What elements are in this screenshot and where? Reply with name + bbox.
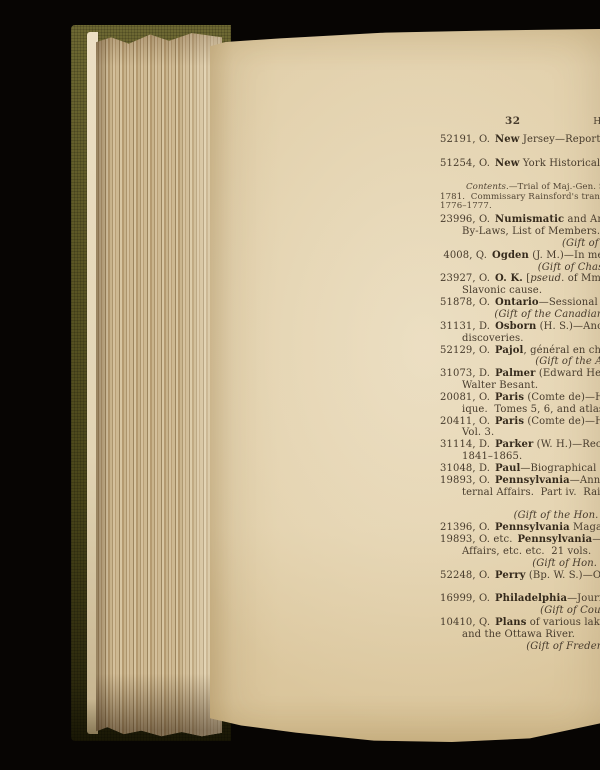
- catalog-line: 4008, Q.Ogden (J. M.)—In memoriam.[Phil.…: [440, 250, 600, 262]
- text-segment: Pennsylvania: [495, 475, 570, 486]
- text-segment: Jersey—Reports of the Bureau of Statisti…: [520, 134, 600, 145]
- catalog-line: 31131, D.Osborn (H. S.)—Ancient Egypt in…: [440, 321, 600, 333]
- text-segment: pseud.: [530, 273, 564, 284]
- catalog-line: 1841–1865.New York, 1883: [440, 451, 600, 463]
- catalog-line: (Gift of Frederick Prime, Jr., Esq.): [440, 641, 600, 653]
- entry-number: 20081, O.: [440, 392, 490, 404]
- text-segment: York Historical Society's Collections fo…: [520, 158, 600, 169]
- entry-text: Vol. 3.: [440, 427, 494, 438]
- entry-number: 31048, D.: [440, 463, 490, 475]
- text-segment: Pajol: [495, 345, 523, 356]
- text-segment: Pennsylvania: [495, 522, 570, 533]
- catalog-line: 31114, D.Parker (W. H.)—Recollections of…: [440, 439, 600, 451]
- text-segment: (H. S.)—Ancient Egypt in the light of mo…: [536, 321, 600, 332]
- catalog-line: (Gift of the Canadian Government.)R. Tor…: [440, 309, 600, 321]
- text-segment: Pennsylvania: [518, 534, 593, 545]
- text-segment: Magazine. Vol. 6.: [570, 522, 600, 533]
- entry-text: Walter Besant.: [440, 380, 538, 391]
- catalog-line: 52248, O.Perry (Bp. W. S.)—Ober-Ammergau…: [440, 570, 600, 582]
- entry-text: Paris (Comte de)—Histoire de la guerre c…: [495, 392, 600, 403]
- entry-number: 19893, O. etc.: [440, 534, 513, 546]
- catalog-line: 19893, O.Pennsylvania—Annual Report of t…: [440, 475, 600, 487]
- catalog-line: R. Privately printed, 1881: [440, 581, 600, 593]
- catalog-line: R. Trenton, 1878-'82: [440, 146, 600, 158]
- catalog-line: 21396, O.Pennsylvania Magazine. Vol. 6.P…: [440, 522, 600, 534]
- entry-number: 31073, D.: [440, 368, 490, 380]
- catalog-line: Walter Besant.London, 1883: [440, 380, 600, 392]
- entry-text: Pajol, général en chef. 3 vols. and a fo…: [495, 345, 600, 356]
- catalog-line: 23996, O.Numismatic and Antiquarian Soci…: [440, 214, 600, 226]
- entry-text: Ontario—Sessional papers. 14 vols.: [495, 297, 600, 308]
- text-segment: (W. H.)—Recollections of a naval officer…: [533, 439, 600, 450]
- catalog-line: 10410, Q.Plans of various lakes and rive…: [440, 617, 600, 629]
- gift-note: (Gift of Frederick Prime, Jr., Esq.): [526, 641, 600, 653]
- text-segment: and Antiquarian Society. Constitution an…: [564, 214, 600, 225]
- text-segment: (Bp. W. S.)—Ober-Ammergau in 1875 and 18…: [526, 570, 600, 581]
- text-segment: Parker: [495, 439, 533, 450]
- entry-number: 31114, D.: [440, 439, 490, 451]
- text-segment: 1841–1865.: [462, 451, 522, 462]
- entry-number: 19893, O.: [440, 475, 490, 487]
- text-segment: of Mme. de Novikoff] Skobeleff and the: [564, 273, 600, 284]
- gift-note: (Gift of the Author.): [535, 356, 600, 368]
- entry-number: 52248, O.: [440, 570, 490, 582]
- text-segment: —Sessional papers. 14 vols.: [539, 297, 600, 308]
- catalog-line: 52191, O.New Jersey—Reports of the Burea…: [440, 134, 600, 146]
- catalog-text-column: 32 HISTORY. 52191, O.New Jersey—Reports …: [440, 115, 600, 652]
- text-segment: (Comte de)—History of the Civil War in A…: [524, 416, 600, 427]
- text-segment: Gift of the Hon. John Simpson Africa.: [518, 510, 600, 521]
- text-segment: New: [495, 158, 519, 169]
- text-segment: New: [495, 134, 519, 145]
- text-segment: ique. Tomes 5, 6, and atlas.: [462, 404, 600, 415]
- text-segment: O. K.: [495, 273, 523, 284]
- catalog-line: 23927, O.O. K. [pseud. of Mme. de Noviko…: [440, 273, 600, 285]
- gift-note: (Gift of Councils.): [540, 605, 600, 617]
- text-segment: —Annual Report of the Secretary of In-: [570, 475, 600, 486]
- text-segment: of various lakes and rivers between Lake…: [526, 617, 600, 628]
- text-segment: Gift of the Society.: [566, 238, 600, 249]
- entry-text: By-Laws, List of Members. Proceedings fo…: [440, 226, 600, 237]
- entry-text: New York Historical Society's Collection…: [495, 158, 600, 169]
- text-segment: —Biographical Sketches.: [520, 463, 600, 474]
- catalog-line: (Gift of the Hon. John Simpson Africa.): [440, 510, 600, 522]
- entry-text: Parker (W. H.)—Recollections of a naval …: [495, 439, 600, 450]
- entry-text: Palmer (Edward Henry)—Life and achieveme…: [495, 368, 600, 379]
- entry-text: Paris (Comte de)—History of the Civil Wa…: [495, 416, 600, 427]
- entry-number: 4008, Q.: [440, 250, 487, 262]
- text-segment: Palmer: [495, 368, 535, 379]
- entry-text: 1776–1777.: [440, 201, 492, 211]
- entry-number: 16999, O.: [440, 593, 490, 605]
- text-segment: , général en chef. 3 vols. and a folio v…: [523, 345, 600, 356]
- text-segment: Paris: [495, 416, 524, 427]
- entry-text: Osborn (H. S.)—Ancient Egypt in the ligh…: [495, 321, 600, 332]
- text-segment: Paul: [495, 463, 520, 474]
- page-title: HISTORY.: [593, 116, 600, 127]
- text-segment: Slavonic cause.: [462, 285, 542, 296]
- book-photo: 32 HISTORY. 52191, O.New Jersey—Reports …: [0, 0, 600, 770]
- catalog-line: Affairs, etc. etc. 21 vols.Harrisburg, 1…: [440, 546, 600, 558]
- catalog-line: By-Laws, List of Members. Proceedings fo…: [440, 226, 600, 238]
- entry-text: Perry (Bp. W. S.)—Ober-Ammergau in 1875 …: [495, 570, 600, 581]
- entry-text: discoveries.: [440, 333, 524, 344]
- text-segment: Vol. 3.: [462, 427, 494, 438]
- text-segment: Affairs, etc. etc. 21 vols.: [462, 546, 591, 557]
- text-segment: Philadelphia: [495, 593, 567, 604]
- catalog-line: 19893, O. etc.Pennsylvania—Reports of th…: [440, 534, 600, 546]
- text-segment: Plans: [495, 617, 526, 628]
- catalog-line: (Gift of Hon. Robert Adams, Jr.): [440, 558, 600, 570]
- entry-text: Numismatic and Antiquarian Society. Cons…: [495, 214, 600, 225]
- text-segment: discoveries.: [462, 333, 524, 344]
- entry-text: Ogden (J. M.)—In memoriam.: [492, 250, 600, 261]
- gift-note: (Gift of the Society.): [562, 238, 600, 250]
- entry-number: 51254, O.: [440, 158, 490, 170]
- text-segment: (J. M.)—In memoriam.: [529, 250, 600, 261]
- gift-note: (Gift of the Canadian Government.): [494, 309, 600, 321]
- entry-text: and the Ottawa River.: [440, 629, 575, 640]
- page-edges: [96, 31, 222, 737]
- catalog-line: 20081, O.Paris (Comte de)—Histoire de la…: [440, 392, 600, 404]
- catalog-line: 31073, D.Palmer (Edward Henry)—Life and …: [440, 368, 600, 380]
- text-segment: Gift of Chas. S. Ogden, Esq.: [542, 262, 600, 273]
- gift-note: (Gift of Chas. S. Ogden, Esq.): [538, 262, 600, 274]
- text-segment: (Edward Henry)—Life and achievements, by: [536, 368, 600, 379]
- entry-text: ique. Tomes 5, 6, and atlas.: [440, 404, 600, 415]
- entry-number: 20411, O.: [440, 416, 490, 428]
- entry-text: Plans of various lakes and rivers betwee…: [495, 617, 600, 628]
- entry-text: Pennsylvania—Reports of the Secretary of…: [518, 534, 600, 545]
- text-segment: By-Laws, List of Members. Proceedings fo…: [462, 226, 600, 237]
- text-segment: 1776–1777.: [440, 201, 492, 211]
- catalog-line: 31048, D.Paul—Biographical Sketches.Lond…: [440, 463, 600, 475]
- text-segment: Gift of Frederick Prime, Jr., Esq.: [530, 641, 600, 652]
- text-segment: Walter Besant.: [462, 380, 538, 391]
- entry-text: ternal Affairs. Part iv. Railroads, cana…: [440, 487, 600, 498]
- entry-number: 21396, O.: [440, 522, 490, 534]
- text-segment: Gift of the Author.: [539, 356, 600, 367]
- entry-text: Pennsylvania—Annual Report of the Secret…: [495, 475, 600, 486]
- text-segment: Numismatic: [495, 214, 564, 225]
- catalog-line: Harrisburg, 1883: [440, 499, 600, 511]
- catalog-line: 16999, O.Philadelphia—Journal of Common …: [440, 593, 600, 605]
- catalog-line: discoveries.Cin. 1883: [440, 333, 600, 345]
- catalog-line: (Gift of the Author.)R. Paris, 1874: [440, 356, 600, 368]
- entry-number: 52129, O.: [440, 345, 490, 357]
- entry-text: 1841–1865.: [440, 451, 522, 462]
- entry-text: Paul—Biographical Sketches.: [495, 463, 600, 474]
- entry-text: Philadelphia—Journal of Common Council, …: [495, 593, 600, 604]
- running-header: 32 HISTORY.: [440, 115, 600, 128]
- text-segment: —Reports of the Secretary of Internal: [592, 534, 600, 545]
- text-segment: Osborn: [495, 321, 536, 332]
- catalog-line: (Gift of the Society.): [440, 238, 600, 250]
- text-segment: Ogden: [492, 250, 529, 261]
- text-segment: Ontario: [495, 297, 539, 308]
- entry-number: 51878, O.: [440, 297, 490, 309]
- entry-number: 31131, D.: [440, 321, 490, 333]
- entry-number: 23927, O.: [440, 273, 490, 285]
- entry-text: New Jersey—Reports of the Bureau of Stat…: [495, 134, 600, 145]
- entry-text: Affairs, etc. etc. 21 vols.: [440, 546, 591, 557]
- catalog-line: 20411, O.Paris (Comte de)—History of the…: [440, 416, 600, 428]
- catalog-line: and the Ottawa River.R. Toronto, 1857: [440, 629, 600, 641]
- entry-text: Slavonic cause.: [440, 285, 542, 296]
- catalog-line: 1776–1777.: [440, 202, 600, 211]
- text-segment: (Comte de)—Histoire de la guerre civile …: [524, 392, 600, 403]
- catalog-line: 51254, O.New York Historical Society's C…: [440, 158, 600, 170]
- text-segment: Perry: [495, 570, 526, 581]
- text-segment: —Journal of Common Council, vol. 2.: [567, 593, 600, 604]
- entry-number: 10410, Q.: [440, 617, 490, 629]
- catalog-line: ternal Affairs. Part iv. Railroads, cana…: [440, 487, 600, 499]
- entry-text: O. K. [pseud. of Mme. de Novikoff] Skobe…: [495, 273, 600, 284]
- catalog-line: 52129, O.Pajol, général en chef. 3 vols.…: [440, 345, 600, 357]
- catalog-line: 51878, O.Ontario—Sessional papers. 14 vo…: [440, 297, 600, 309]
- text-segment: Gift of Councils.: [544, 605, 600, 616]
- text-segment: ternal Affairs. Part iv. Railroads, cana…: [462, 487, 600, 498]
- text-segment: and the Ottawa River.: [462, 629, 575, 640]
- catalog-line: Vol. 3.Phil. 1883: [440, 427, 600, 439]
- book-page: 32 HISTORY. 52191, O.New Jersey—Reports …: [210, 24, 600, 742]
- catalog-entries: 52191, O.New Jersey—Reports of the Burea…: [440, 134, 600, 652]
- text-segment: Paris: [495, 392, 524, 403]
- page-number: 32: [505, 115, 521, 127]
- catalog-line: ique. Tomes 5, 6, and atlas.Paris, 1883: [440, 404, 600, 416]
- gift-note: (Gift of the Hon. John Simpson Africa.): [514, 510, 600, 522]
- catalog-line: Slavonic cause.London, 1883: [440, 285, 600, 297]
- entry-text: Pennsylvania Magazine. Vol. 6.: [495, 522, 600, 533]
- catalog-line: (Gift of Chas. S. Ogden, Esq.): [440, 262, 600, 274]
- gift-note: (Gift of Hon. Robert Adams, Jr.): [532, 558, 600, 570]
- entry-number: 23996, O.: [440, 214, 490, 226]
- catalog-line: R. New York, 1880.: [440, 170, 600, 182]
- text-segment: Gift of Hon. Robert Adams, Jr.: [536, 558, 600, 569]
- text-segment: Gift of the Canadian Government.: [498, 309, 600, 320]
- entry-number: 52191, O.: [440, 134, 490, 146]
- catalog-line: (Gift of Councils.)Phil. 1883: [440, 605, 600, 617]
